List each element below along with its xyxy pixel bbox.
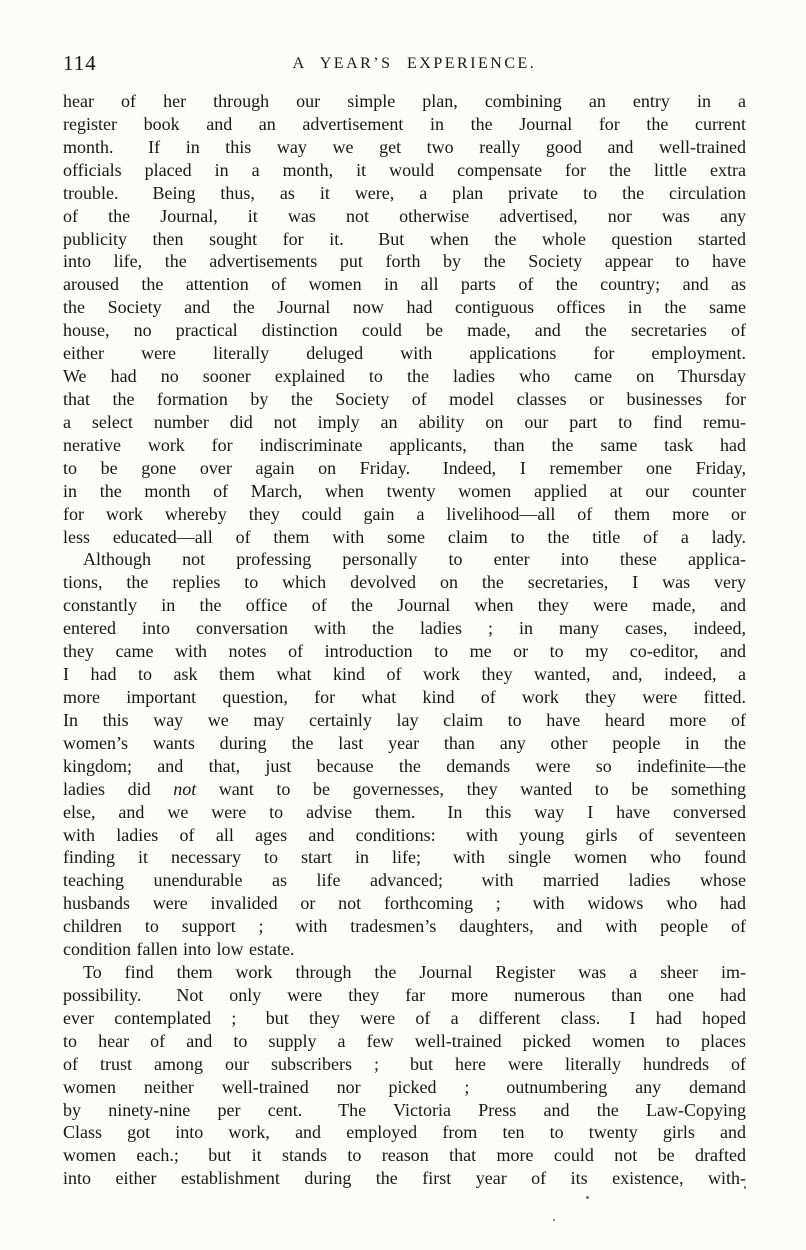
text-line: women neither well-trained nor picked ; …: [63, 1076, 746, 1099]
text-line: husbands were invalided or not forthcomi…: [63, 892, 746, 915]
text-line: more important question, for what kind o…: [63, 686, 746, 709]
text-line: with ladies of all ages and conditions: …: [63, 824, 746, 847]
text-line: month. If in this way we get two really …: [63, 136, 746, 159]
text-line: condition fallen into low estate.: [63, 938, 746, 961]
text-line: register book and an advertisement in th…: [63, 113, 746, 136]
text-line: the Society and the Journal now had cont…: [63, 296, 746, 319]
text-line: To find them work through the Journal Re…: [63, 961, 746, 984]
text-line: children to support ; with tradesmen’s d…: [63, 915, 746, 938]
text-line: they came with notes of introduction to …: [63, 640, 746, 663]
text-line: I had to ask them what kind of work they…: [63, 663, 746, 686]
text-line: Class got into work, and employed from t…: [63, 1121, 746, 1144]
text-line: that the formation by the Society of mod…: [63, 388, 746, 411]
text-line: constantly in the office of the Journal …: [63, 594, 746, 617]
text-line: publicity then sought for it. But when t…: [63, 228, 746, 251]
ink-speck: [586, 1196, 589, 1199]
text-line: a select number did not imply an ability…: [63, 411, 746, 434]
text-line: for work whereby they could gain a livel…: [63, 503, 746, 526]
text-line: by ninety-nine per cent. The Victoria Pr…: [63, 1099, 746, 1122]
text-line: less educated—all of them with some clai…: [63, 526, 746, 549]
text-line: ladies did not want to be governesses, t…: [63, 778, 746, 801]
text-line: in the month of March, when twenty women…: [63, 480, 746, 503]
text-line: teaching unendurable as life advanced; w…: [63, 869, 746, 892]
paragraph: hear of her through our simple plan, com…: [63, 90, 746, 548]
text-line: tions, the replies to which devolved on …: [63, 571, 746, 594]
text-line: of the Journal, it was not otherwise adv…: [63, 205, 746, 228]
ink-speck: [553, 1219, 555, 1221]
text-line: possibility. Not only were they far more…: [63, 984, 746, 1007]
text-line: house, no practical distinction could be…: [63, 319, 746, 342]
text-line: Although not professing personally to en…: [63, 548, 746, 571]
text-line: officials placed in a month, it would co…: [63, 159, 746, 182]
page-header: 114 A YEAR’S EXPERIENCE.: [63, 51, 746, 79]
ink-speck: [744, 1186, 746, 1189]
text-line: aroused the attention of women in all pa…: [63, 273, 746, 296]
text-line: women each.; but it stands to reason tha…: [63, 1144, 746, 1167]
text-line: either were literally deluged with appli…: [63, 342, 746, 365]
text-line: We had no sooner explained to the ladies…: [63, 365, 746, 388]
book-page: 114 A YEAR’S EXPERIENCE. hear of her thr…: [0, 0, 806, 1250]
page-body: hear of her through our simple plan, com…: [63, 90, 746, 1190]
text-line: In this way we may certainly lay claim t…: [63, 709, 746, 732]
text-line: into either establishment during the fir…: [63, 1167, 746, 1190]
text-line: ever contemplated ; but they were of a d…: [63, 1007, 746, 1030]
text-line: trouble. Being thus, as it were, a plan …: [63, 182, 746, 205]
text-line: nerative work for indiscriminate applica…: [63, 434, 746, 457]
text-line: into life, the advertisements put forth …: [63, 250, 746, 273]
text-line: else, and we were to advise them. In thi…: [63, 801, 746, 824]
text-line: of trust among our subscribers ; but her…: [63, 1053, 746, 1076]
paragraph: Although not professing personally to en…: [63, 548, 746, 961]
text-line: hear of her through our simple plan, com…: [63, 90, 746, 113]
text-line: finding it necessary to start in life; w…: [63, 846, 746, 869]
text-line: women’s wants during the last year than …: [63, 732, 746, 755]
text-line: entered into conversation with the ladie…: [63, 617, 746, 640]
text-line: kingdom; and that, just because the dema…: [63, 755, 746, 778]
running-title: A YEAR’S EXPERIENCE.: [73, 55, 756, 73]
text-line: to be gone over again on Friday. Indeed,…: [63, 457, 746, 480]
text-line: to hear of and to supply a few well-trai…: [63, 1030, 746, 1053]
paragraph: To find them work through the Journal Re…: [63, 961, 746, 1190]
